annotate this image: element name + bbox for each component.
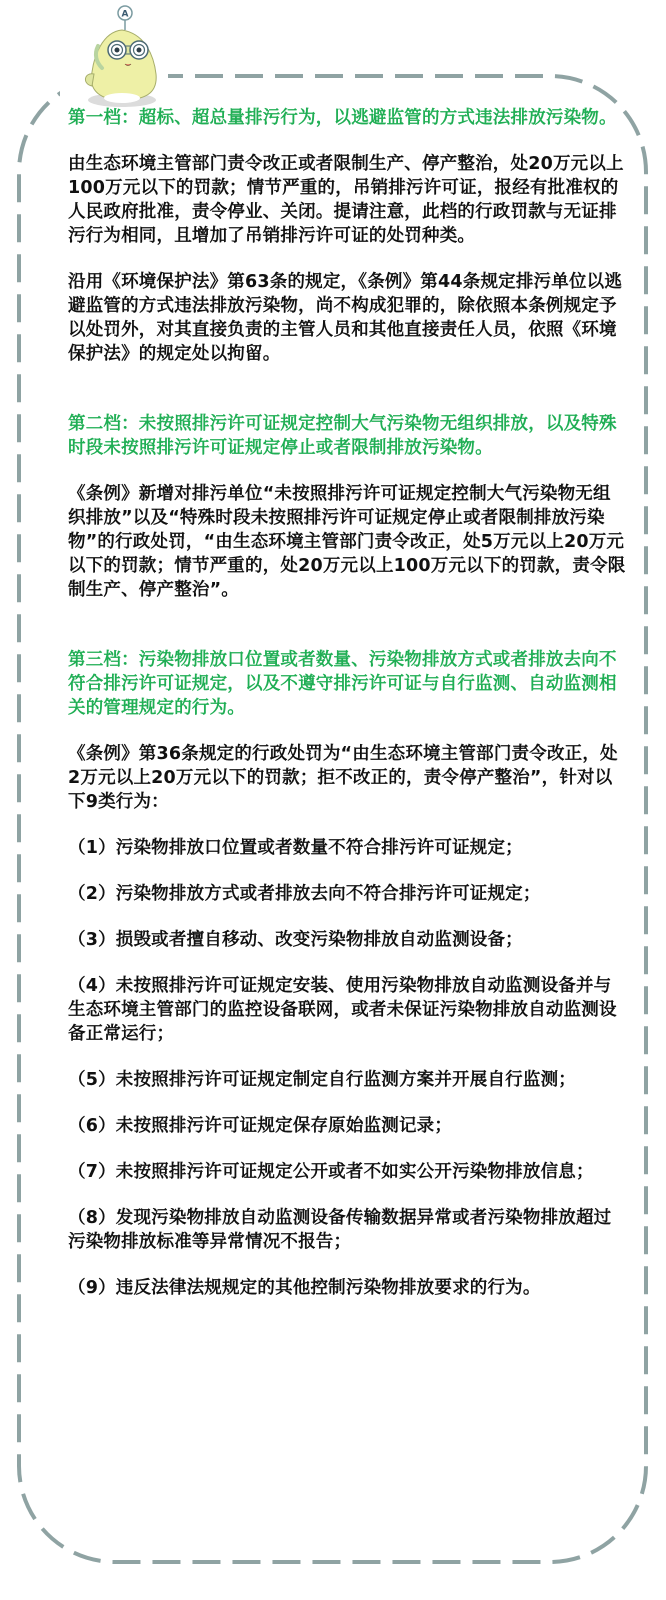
section-tier-3: 第三档：污染物排放口位置或者数量、污染物排放方式或者排放去向不符合排污许可证规定…	[68, 648, 628, 1300]
section-tier-2: 第二档：未按照排污许可证规定控制大气污染物无组织排放，以及特殊时段未按照排污许可…	[68, 412, 628, 602]
section-heading: 第一档：超标、超总量排污行为，以逃避监管的方式违法排放污染物。	[68, 106, 628, 130]
list-item: （7）未按照排污许可证规定公开或者不如实公开污染物排放信息；	[68, 1160, 628, 1184]
section-heading: 第二档：未按照排污许可证规定控制大气污染物无组织排放，以及特殊时段未按照排污许可…	[68, 412, 628, 460]
list-item: （4）未按照排污许可证规定安装、使用污染物排放自动监测设备并与生态环境主管部门的…	[68, 974, 628, 1046]
list-item: （8）发现污染物排放自动监测设备传输数据异常或者污染物排放超过污染物排放标准等异…	[68, 1206, 628, 1254]
list-item: （5）未按照排污许可证规定制定自行监测方案并开展自行监测；	[68, 1068, 628, 1092]
list-item: （6）未按照排污许可证规定保存原始监测记录；	[68, 1114, 628, 1138]
paragraph: 由生态环境主管部门责令改正或者限制生产、停产整治，处20万元以上100万元以下的…	[68, 152, 628, 248]
article-body: 第一档：超标、超总量排污行为，以逃避监管的方式违法排放污染物。 由生态环境主管部…	[68, 106, 628, 1300]
svg-text:A: A	[122, 10, 129, 20]
list-item: （2）污染物排放方式或者排放去向不符合排污许可证规定；	[68, 882, 628, 906]
paragraph: 《条例》第36条规定的行政处罚为“由生态环境主管部门责令改正，处2万元以上20万…	[68, 742, 628, 814]
paragraph: 沿用《环境保护法》第63条的规定，《条例》第44条规定排污单位以逃避监管的方式违…	[68, 270, 628, 366]
list-item: （1）污染物排放口位置或者数量不符合排污许可证规定；	[68, 836, 628, 860]
list-item: （9）违反法律法规规定的其他控制污染物排放要求的行为。	[68, 1276, 628, 1300]
paragraph: 《条例》新增对排污单位“未按照排污许可证规定控制大气污染物无组织排放”以及“特殊…	[68, 482, 628, 602]
section-heading: 第三档：污染物排放口位置或者数量、污染物排放方式或者排放去向不符合排污许可证规定…	[68, 648, 628, 720]
section-tier-1: 第一档：超标、超总量排污行为，以逃避监管的方式违法排放污染物。 由生态环境主管部…	[68, 106, 628, 366]
list-item: （3）损毁或者擅自移动、改变污染物排放自动监测设备；	[68, 928, 628, 952]
mascot-character-icon: A	[72, 2, 172, 110]
